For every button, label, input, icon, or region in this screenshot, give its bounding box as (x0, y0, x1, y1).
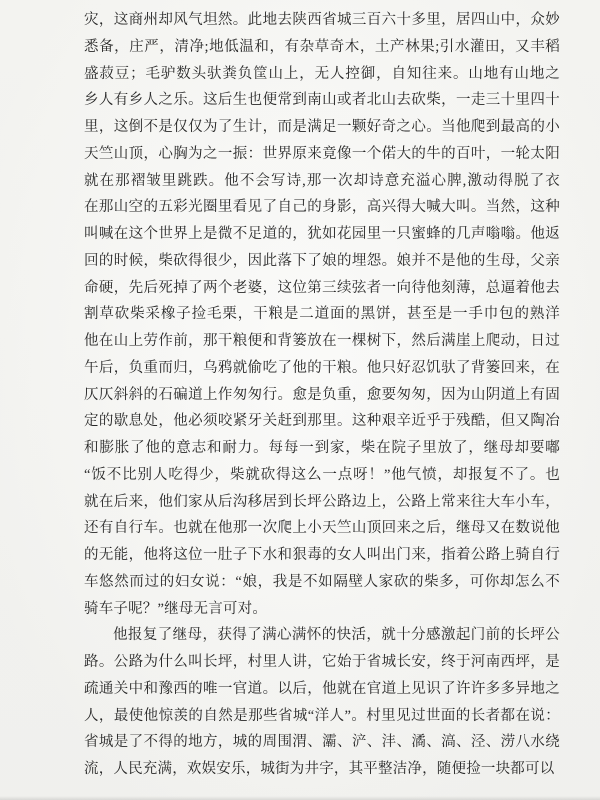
text-line: 悉备，庄严，清净;地低温和，有杂草奇木，土产林果;引水灌田，又丰稻麦， (84, 34, 560, 61)
text-line: 灾，这商州却风气坦然。此地去陕西省城三百六十多里，居四山中，众妙 (84, 7, 560, 34)
text-line: 路。公路为什么叫长坪，村里人讲，它始于省城长安，终于河南西坪，是 (84, 649, 560, 676)
text-line: 乡人有乡人之乐。这后生也便常到南山或者北山去砍柴，一走三十里四十 (84, 87, 560, 114)
text-line: 骑车子呢？”继母无言可对。 (84, 596, 560, 623)
text-line: 割草砍柴采橡子捡毛栗，干粮是二道面的黑饼，甚至是一手巾包的熟洋芋。 (84, 301, 560, 328)
text-line: 定的歇息处，他必须咬紧牙关赶到那里。这种艰辛近乎于残酷，但又陶冶 (84, 408, 560, 435)
text-line: 还有自行车。也就在他那一次爬上小天竺山顶回来之后，继母又在数说他 (84, 515, 560, 542)
text-line: 和膨胀了他的意志和耐力。每每一到家，柴在院子里放了，继母却要嘟囔： (84, 435, 560, 462)
text-line: 盛菽豆；毛驴数头驮粪负筐山上，无人控御，自知往来。山地有山地之趣， (84, 61, 560, 88)
text-line: 疏通关中和豫西的唯一官道。以后，他就在官道上见识了许许多多异地之 (84, 676, 560, 703)
text-line: 天竺山顶，心胸为之一振：世界原来竟像一个偌大的牛的百叶，一轮太阳 (84, 141, 560, 168)
text-line: 命硬，先后死掉了两个老婆，这位第三续弦者一向待他刻薄，总逼着他去 (84, 275, 560, 302)
text-line: 叫喊在这个世界上是微不足道的，犹如花园里一只蜜蜂的几声嗡嗡。他返 (84, 221, 560, 248)
text-line: 他在山上劳作前，那干粮便和背篓放在一棵树下，然后满崖上爬动，日过 (84, 328, 560, 355)
book-page: 灾，这商州却风气坦然。此地去陕西省城三百六十多里，居四山中，众妙悉备，庄严，清净… (0, 0, 600, 800)
text-line: 午后，负重而归，乌鸦就偷吃了他的干粮。他只好忍饥驮了背篓回来，在 (84, 355, 560, 382)
text-line: 车悠然而过的妇女说：“娘，我是不如隔壁人家砍的柴多，可你却怎么不去 (84, 569, 560, 596)
text-line: 的无能，他将这位一肚子下水和狠毒的女人叫出门来，指着公路上骑自行 (84, 542, 560, 569)
text-line: 流，人民充满，欢娱安乐，城街为井字，其平整洁净，随便捡一块都可以 (84, 756, 560, 783)
text-line: 他报复了继母，获得了满心满怀的快活，就十分感激起门前的长坪公 (84, 622, 560, 649)
text-line: 就在后来，他们家从后沟移居到长坪公路边上，公路上常来往大车小车， (84, 489, 560, 516)
text-column: 灾，这商州却风气坦然。此地去陕西省城三百六十多里，居四山中，众妙悉备，庄严，清净… (84, 7, 560, 783)
text-line: 仄仄斜斜的石碥道上作匆匆行。愈是负重，愈要匆匆，因为山阴道上有固 (84, 382, 560, 409)
text-line: 就在那褶皱里跳跌。他不会写诗,那一次却诗意充溢心脾,激动得脱了衣服， (84, 168, 560, 195)
text-line: “饭不比别人吃得少，柴就砍得这么一点呀！”他气愤，却报复不了。也 (84, 462, 560, 489)
text-line: 里，这倒不是仅仅为了生计，而是满足一颗好奇之心。当他爬到最高的小 (84, 114, 560, 141)
text-line: 在那山空的五彩光圈里看见了自己的身影，高兴得大喊大叫。当然，这种 (84, 194, 560, 221)
text-line: 回的时候，柴砍得很少，因此落下了娘的埋怨。娘并不是他的生母，父亲 (84, 248, 560, 275)
text-line: 人，最使他惊羡的自然是那些省城“洋人”。村里见过世面的长者都在说： (84, 703, 560, 730)
text-line: 省城是了不得的地方，城的周围渭、灞、浐、沣、潏、滈、泾、涝八水绕 (84, 729, 560, 756)
